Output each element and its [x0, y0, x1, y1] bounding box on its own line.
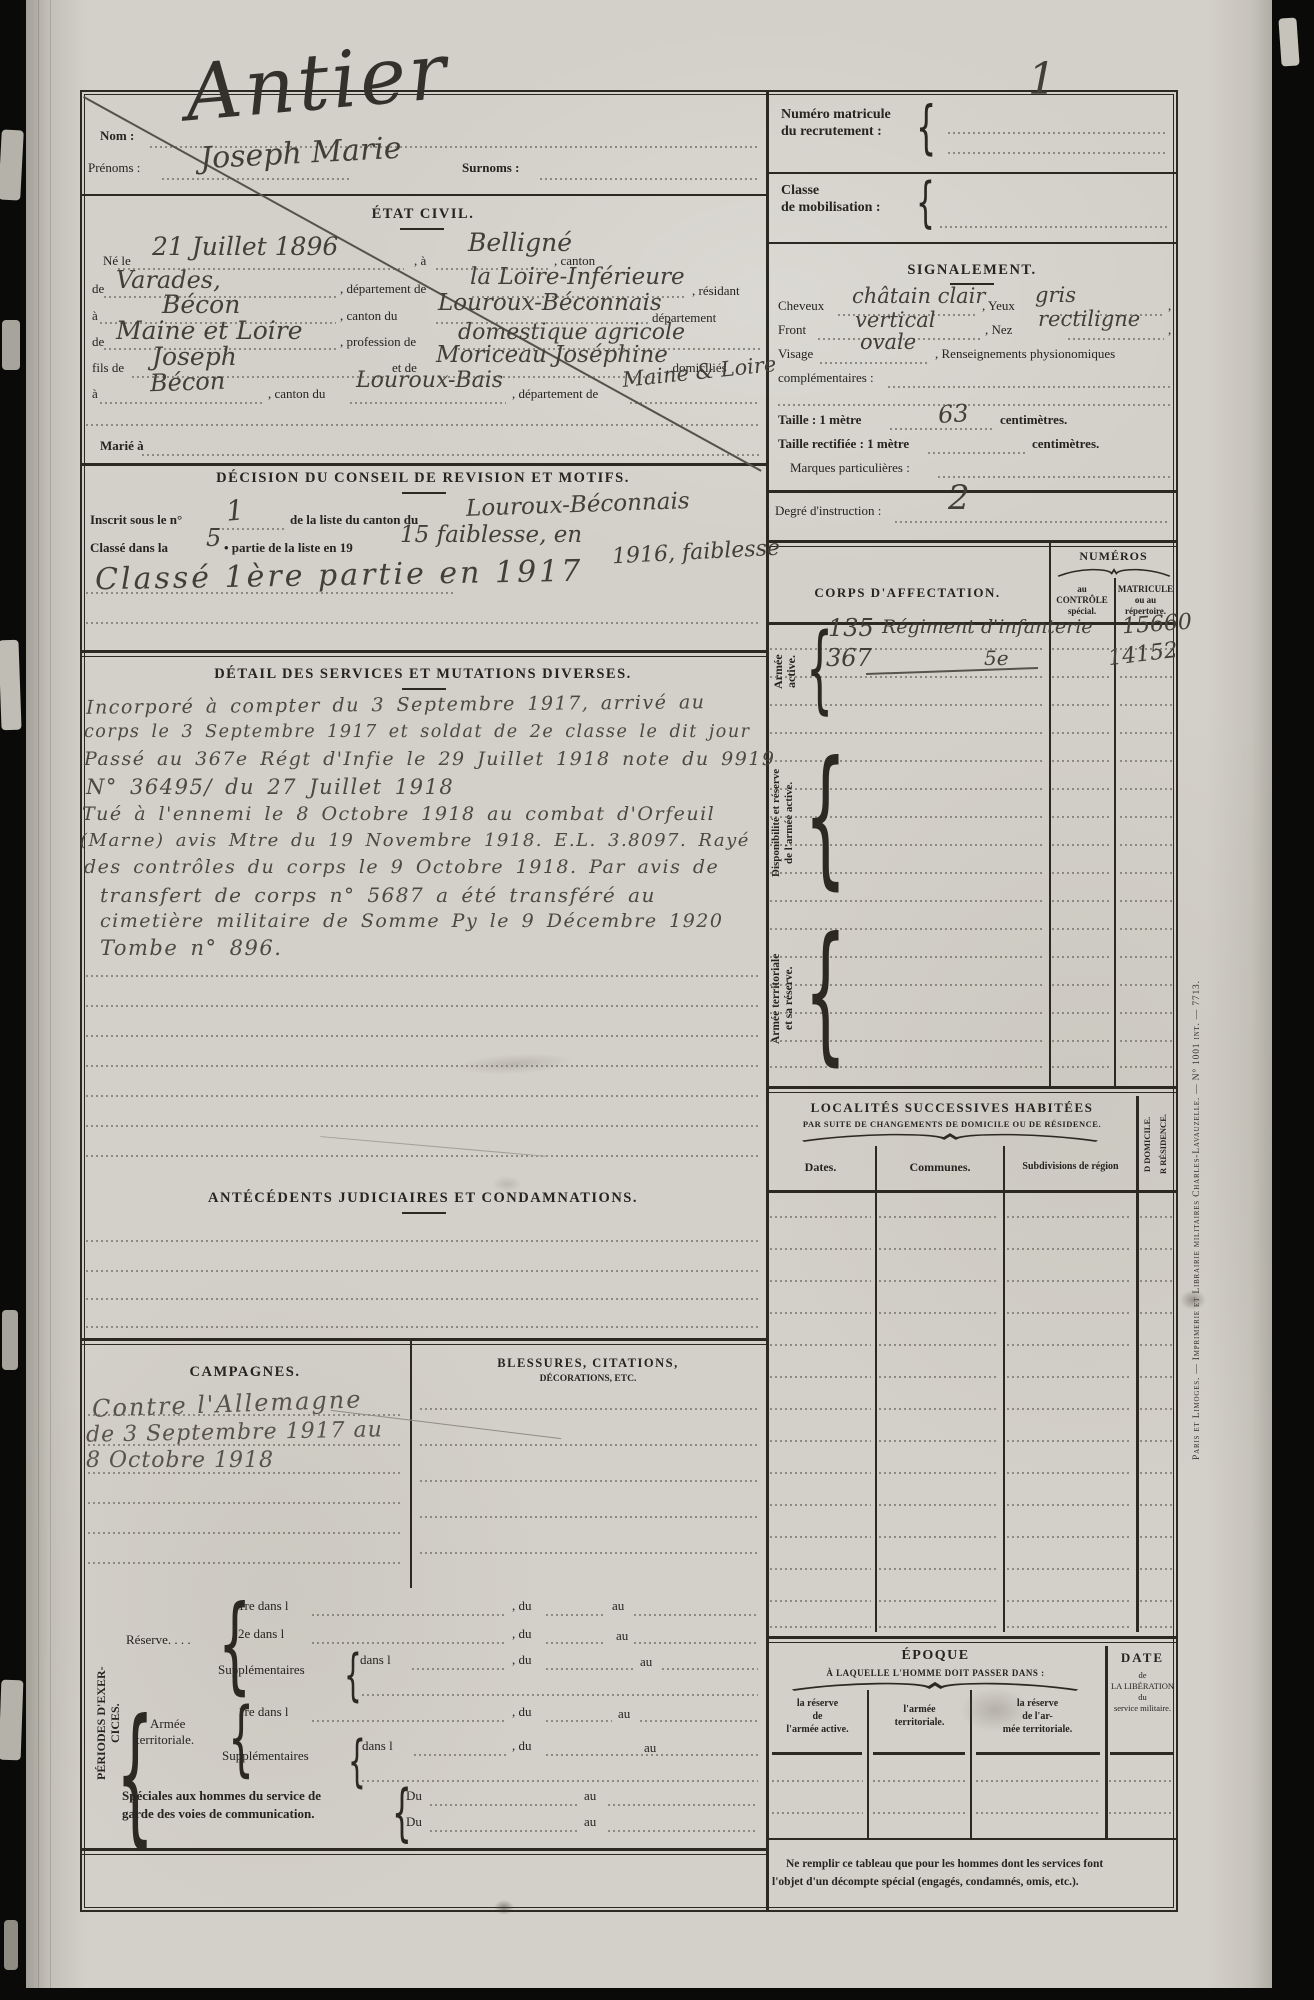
residence-canton: Louroux-Béconnais	[438, 290, 662, 316]
marques-label: Marques particulières :	[790, 460, 910, 476]
table-line	[766, 1086, 1178, 1089]
col-subdivisions: Subdivisions de région	[1005, 1161, 1136, 1172]
signalement-title: SIGNALEMENT.	[766, 262, 1178, 279]
du-label: , du	[512, 1652, 532, 1668]
liste-label: de la liste du canton du	[290, 512, 418, 528]
canton-du-label: , canton du	[340, 308, 397, 324]
profession-de-label: , profession de	[340, 334, 416, 350]
epoque-subtitle: À LAQUELLE L'HOMME DOIT PASSER DANS :	[766, 1668, 1105, 1679]
binding-edge	[38, 0, 39, 1988]
epoque-col3: la réserve de l'ar- mée territoriale.	[972, 1697, 1103, 1736]
services-line: Tué à l'ennemi le 8 Octobre 1918 au comb…	[82, 803, 715, 825]
armee-label: Armée	[150, 1716, 185, 1732]
cheveux-label: Cheveux	[778, 298, 824, 314]
ornament-brace	[1057, 567, 1171, 578]
annee-motif: 15 faiblesse, en	[400, 522, 582, 548]
section-rule	[80, 194, 766, 196]
section-rule	[80, 650, 766, 653]
table-line	[766, 1642, 1178, 1643]
services-line: Tombe n° 896.	[100, 936, 282, 960]
partie-label: • partie de la liste en 19	[224, 540, 353, 556]
classe-dans-label: Classé dans la	[90, 540, 168, 556]
etat-civil-title: ÉTAT CIVIL.	[80, 206, 766, 223]
section-rule	[80, 463, 766, 466]
renseignements-label: , Renseignements physionomiques	[935, 346, 1115, 362]
services-line: cimetière militaire de Somme Py le 9 Déc…	[100, 910, 723, 932]
dans-l-label: dans l	[362, 1738, 393, 1754]
supplementaires-label: Supplémentaires	[222, 1748, 309, 1764]
table-line	[867, 1690, 869, 1838]
yeux-label: , Yeux	[982, 298, 1015, 314]
supplementaires-label: Supplémentaires	[218, 1662, 305, 1678]
table-line	[1110, 1752, 1174, 1755]
cheveux-value: châtain clair	[852, 284, 985, 308]
title-underline	[400, 228, 444, 230]
surnoms-label: Surnoms :	[462, 160, 519, 176]
taille-value: 63	[937, 399, 969, 429]
epoque-col1: la réserve de l'armée active.	[768, 1697, 867, 1736]
table-line	[772, 1752, 862, 1755]
campagnes-line: de 3 Septembre 1917 au	[86, 1417, 383, 1447]
du-label: , du	[512, 1598, 532, 1614]
localites-subtitle: PAR SUITE DE CHANGEMENTS DE DOMICILE OU …	[766, 1119, 1138, 1130]
services-line: Passé au 367e Régt d'Infie le 29 Juillet…	[84, 748, 775, 770]
speciales-line2: garde des voies de communication.	[122, 1806, 314, 1822]
visage-value: ovale	[860, 330, 916, 354]
section-rule	[80, 1344, 766, 1345]
naissance-departement: la Loire-Inférieure	[470, 264, 685, 290]
section-rule	[766, 490, 1178, 493]
au-label: au	[612, 1598, 624, 1614]
corps-row-num: 135	[828, 614, 874, 642]
side-domicile: D DOMICILE.	[1142, 1100, 1153, 1188]
nez-label: , Nez	[985, 322, 1012, 338]
printer-imprint: Paris et Limoges. — Imprimerie et Librai…	[1192, 770, 1202, 1670]
table-line	[766, 1190, 1178, 1193]
title-underline	[402, 688, 446, 690]
dans-l-label: dans l	[360, 1652, 391, 1668]
au-label: au	[618, 1706, 630, 1722]
du-cap-label: Du	[406, 1814, 422, 1830]
epoque-note-line2: l'objet d'un décompte spécial (engagés, …	[772, 1876, 1079, 1888]
table-line	[766, 1636, 1178, 1639]
binding-edge	[50, 0, 51, 1988]
brace-territoriale2: {	[228, 1698, 254, 1780]
au-label: au	[644, 1740, 656, 1756]
naissance-lieu: Belligné	[468, 228, 572, 257]
naissance-date: 21 Juillet 1896	[152, 232, 338, 261]
title-underline	[402, 492, 446, 494]
cm2-label: centimètres.	[1032, 436, 1099, 452]
residence-departement: Maine et Loire	[116, 316, 303, 345]
numeros-title: NUMÉROS	[1049, 551, 1178, 562]
residence-value: Bécon	[162, 290, 240, 319]
section-armee-active: Armée active.	[772, 628, 798, 716]
section-territoriale: Armée territoriale et sa réserve.	[770, 916, 796, 1081]
corps-row-name: 5e	[984, 646, 1009, 670]
du-label: , du	[512, 1626, 532, 1642]
paper-scrap	[4, 1920, 18, 1970]
au-label: au	[640, 1654, 652, 1670]
section-rule	[80, 656, 766, 657]
du-label: , du	[512, 1738, 532, 1754]
campagnes-line: 8 Octobre 1918	[86, 1448, 274, 1473]
antecedents-title: ANTÉCÉDENTS JUDICIAIRES ET CONDAMNATIONS…	[80, 1190, 766, 1207]
services-line: corps le 3 Septembre 1917 et soldat de 2…	[84, 722, 750, 742]
canton-du2-label: , canton du	[268, 386, 325, 402]
ornament-brace	[790, 1681, 1080, 1692]
col-communes: Communes.	[877, 1160, 1003, 1175]
nom-label: Nom :	[100, 128, 134, 144]
comma: ,	[1168, 322, 1171, 338]
services-line: des contrôles du corps le 9 Octobre 1918…	[84, 856, 719, 878]
du-cap-label: Du	[406, 1788, 422, 1804]
table-line	[766, 1838, 1178, 1840]
domicile-canton: Louroux-Bais	[356, 368, 503, 393]
table-line	[1136, 1096, 1139, 1632]
complementaires-label: complémentaires :	[778, 370, 874, 386]
date-title: DATE	[1107, 1652, 1178, 1663]
blessures-title: BLESSURES, CITATIONS,	[410, 1356, 766, 1371]
fils-de-label: fils de	[92, 360, 124, 376]
prenoms-label: Prénoms :	[88, 160, 140, 176]
brace-territoriale: {	[804, 918, 847, 1068]
comma: ,	[1168, 298, 1171, 314]
au-label: au	[584, 1814, 596, 1830]
speciales-line1: Spéciales aux hommes du service de	[122, 1788, 321, 1804]
table-line	[976, 1752, 1100, 1755]
cm-label: centimètres.	[1000, 412, 1067, 428]
epoque-title: ÉPOQUE	[766, 1648, 1105, 1664]
au-label: au	[616, 1628, 628, 1644]
section-rule	[80, 1338, 766, 1341]
brace-periodes: {	[116, 1700, 154, 1850]
section-rule	[766, 546, 1178, 547]
services-title: DÉTAIL DES SERVICES ET MUTATIONS DIVERSE…	[80, 666, 766, 683]
section-rule	[80, 1854, 766, 1855]
de2-label: de	[92, 334, 104, 350]
corps-row-num: 367	[826, 644, 872, 672]
degre-value: 2	[948, 478, 970, 518]
degre-label: Degré d'instruction :	[775, 503, 881, 519]
title-underline	[402, 1212, 446, 1214]
inscrit-numero: 1	[225, 493, 246, 527]
paper-scrap	[0, 1680, 23, 1761]
table-line	[873, 1752, 965, 1755]
brace-disponibilite: {	[804, 742, 847, 892]
table-line	[1003, 1146, 1005, 1632]
corps-title: CORPS D'AFFECTATION.	[766, 585, 1049, 601]
reserve-label: Réserve. . . .	[126, 1632, 191, 1648]
au-label: au	[584, 1788, 596, 1804]
domicile-value: Bécon	[150, 367, 226, 398]
du-label: , du	[512, 1704, 532, 1720]
inscrit-label: Inscrit sous le n°	[90, 512, 182, 528]
table-line	[875, 1146, 877, 1632]
corps-row-matricule: 15660	[1121, 610, 1193, 640]
partie-num: 5	[206, 524, 221, 552]
table-line	[970, 1690, 972, 1838]
decision-title: DÉCISION DU CONSEIL DE REVISION ET MOTIF…	[80, 470, 766, 487]
localites-title: LOCALITÉS SUCCESSIVES HABITÉES	[766, 1100, 1138, 1116]
a2-label: à	[92, 308, 98, 324]
scanned-military-record: Antier Nom : Prénoms : Joseph Marie Surn…	[0, 0, 1314, 2000]
mere-value: Moriceau Joséphine	[436, 342, 668, 368]
blessures-subtitle: DÉCORATIONS, ETC.	[410, 1374, 766, 1385]
brace-classe: {	[916, 176, 935, 230]
reserve-1re: 1re dans l	[238, 1598, 289, 1614]
rule	[766, 172, 1178, 174]
nez-value: rectiligne	[1038, 307, 1140, 331]
campagnes-title: CAMPAGNES.	[80, 1364, 410, 1381]
services-line: (Marne) avis Mtre du 19 Novembre 1918. E…	[80, 830, 750, 851]
brace-numero: {	[916, 98, 936, 156]
corps-row-name: Régiment d'infanterie	[882, 616, 1093, 638]
departement-de2-label: , département de	[512, 386, 598, 402]
date-lines: de LA LIBÉRATION du service militaire.	[1107, 1670, 1178, 1714]
residant-label: , résidant	[692, 283, 740, 299]
a3-label: à	[92, 386, 98, 402]
rule	[766, 242, 1178, 244]
services-line: N° 36495/ du 27 Juillet 1918	[86, 775, 454, 799]
paper-scrap	[1278, 17, 1299, 66]
numero-matricule-label: Numéro matricule du recrutement :	[781, 106, 891, 140]
territoriale-label: territoriale.	[136, 1732, 194, 1748]
departement-de-label: , département de	[340, 281, 426, 297]
reserve-2e: 2e dans l	[238, 1626, 284, 1642]
side-residence: R RÉSIDENCE.	[1158, 1100, 1169, 1188]
visage-label: Visage	[778, 346, 813, 362]
epoque-col2: l'armée territoriale.	[869, 1703, 970, 1729]
taille-rectifiee-label: Taille rectifiée : 1 mètre	[778, 436, 909, 452]
services-line: transfert de corps n° 5687 a été transfé…	[100, 883, 656, 907]
col-controle-header: au CONTRÔLE spécial.	[1051, 584, 1113, 617]
paper-scrap	[0, 129, 24, 200]
yeux-value: gris	[1035, 283, 1076, 307]
paper-scrap	[2, 1310, 18, 1370]
front-label: Front	[778, 322, 806, 338]
front-value: vertical	[855, 308, 935, 332]
epoque-note-line1: Ne remplir ce tableau que pour les homme…	[786, 1858, 1103, 1870]
col-dates: Dates.	[766, 1160, 875, 1175]
table-line	[766, 1092, 1178, 1093]
ornament-brace	[800, 1132, 1100, 1143]
marie-a-label: Marié à	[100, 438, 144, 454]
a-label: , à	[414, 253, 426, 269]
classe-mobilisation-label: Classe de mobilisation :	[781, 182, 881, 216]
de-label: de	[92, 281, 104, 297]
numero-matricule-value: 1	[1028, 54, 1056, 105]
section-rule	[766, 540, 1178, 543]
paper-scrap	[2, 320, 20, 370]
section-rule	[80, 1848, 766, 1851]
paper-scrap	[0, 640, 22, 731]
taille-label: Taille : 1 mètre	[778, 412, 861, 428]
